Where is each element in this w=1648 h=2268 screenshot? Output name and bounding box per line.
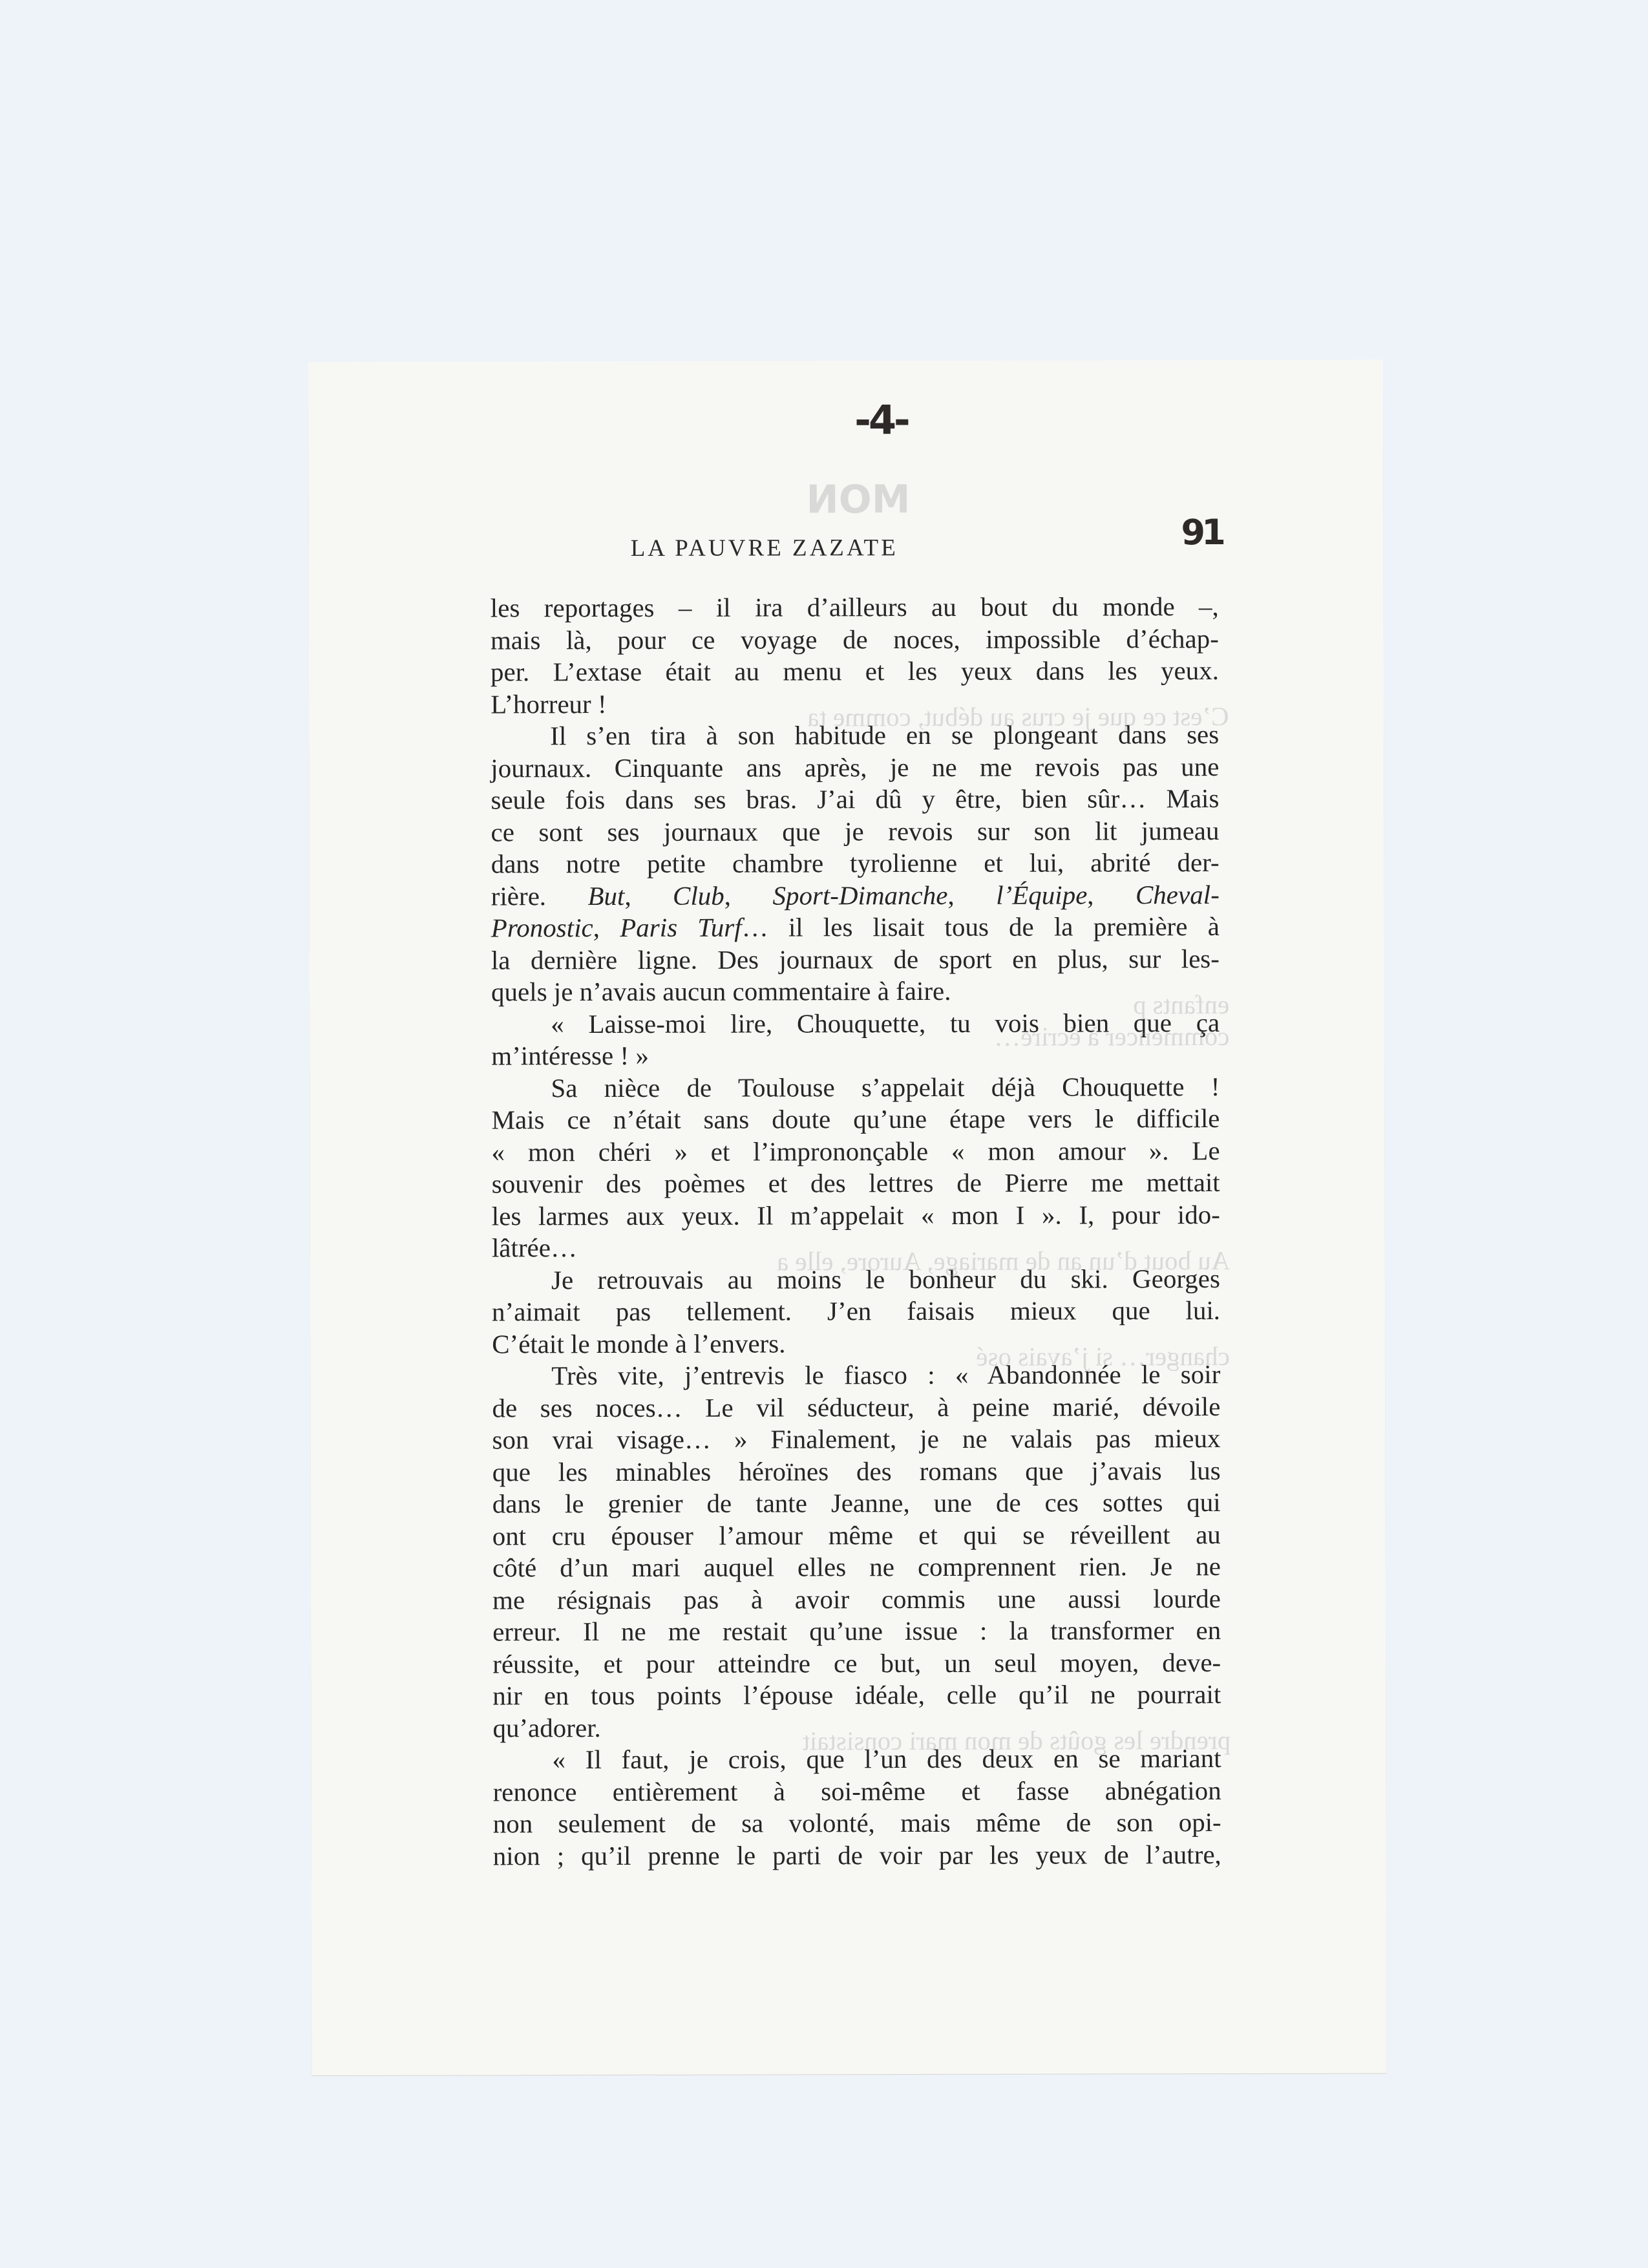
text-run: ,	[1087, 880, 1136, 909]
text-line: réussite, et pour atteindre ce but, un s…	[492, 1647, 1221, 1680]
text-line: côté d’un mari auquel elles ne comprenne…	[492, 1551, 1221, 1584]
italic-title: But	[587, 880, 624, 910]
bleed-through-mark: MON	[806, 477, 910, 522]
text-line: per. L’extase était au menu et les yeux …	[491, 655, 1219, 688]
text-line: non seulement de sa volonté, mais même d…	[493, 1807, 1221, 1840]
body-text: les reportages – il ira d’ailleurs au bo…	[491, 591, 1221, 1872]
text-line: nir en tous points l’épouse idéale, cell…	[492, 1679, 1221, 1712]
text-line: la dernière ligne. Des journaux de sport…	[491, 943, 1220, 977]
text-run: ,	[624, 880, 673, 910]
text-line: Pronostic, Paris Turf… il les lisait tou…	[491, 911, 1220, 944]
scanned-book-page: -4- MON LA PAUVRE ZAZATE 91 les reportag…	[308, 360, 1387, 2075]
text-line: journaux. Cinquante ans après, je ne me …	[491, 751, 1219, 785]
text-line: nion ; qu’il prenne le parti de voir par…	[493, 1839, 1221, 1872]
italic-title: Club	[673, 880, 724, 910]
text-line: ont cru épouser l’amour même et qui se r…	[492, 1519, 1221, 1553]
text-line: erreur. Il ne me restait qu’une issue : …	[492, 1615, 1221, 1648]
text-line: n’aimait pas tellement. J’en faisais mie…	[492, 1295, 1220, 1328]
text-line: dans le grenier de tante Jeanne, une de …	[492, 1487, 1221, 1520]
text-run: rière.	[491, 881, 588, 911]
italic-title: l’Équipe	[996, 880, 1087, 909]
bleed-through-text: enfants p	[1133, 989, 1229, 1020]
text-line: Mais ce n’était sans doute qu’une étape …	[491, 1103, 1220, 1136]
bleed-through-text: Au bout d’un an de mariage, Aurore, elle…	[777, 1245, 1230, 1277]
text-line: rière. But, Club, Sport-Dimanche, l’Équi…	[491, 879, 1220, 913]
bleed-through-text: C’est ce que je crus au début, comme ta	[807, 701, 1229, 732]
text-line: quels je n’avais aucun commentaire à fai…	[491, 975, 1220, 1008]
running-head: LA PAUVRE ZAZATE	[631, 534, 898, 562]
italic-title: Sport-Dimanche	[772, 880, 947, 910]
handwritten-folio-number: 91	[1181, 512, 1221, 553]
text-line: que les minables héroïnes des romans que…	[492, 1455, 1221, 1489]
text-run: ,	[724, 880, 773, 910]
bleed-through-text: commencer à écrire…	[994, 1021, 1229, 1052]
text-run: ,	[947, 880, 996, 909]
bleed-through-text: prendre les goûts de mon mari consistait	[803, 1724, 1231, 1756]
handwritten-page-number: -4-	[854, 396, 908, 443]
text-line: les reportages – il ira d’ailleurs au bo…	[491, 591, 1219, 624]
text-line: mais là, pour ce voyage de noces, imposs…	[491, 623, 1219, 657]
italic-title: Pronostic	[491, 913, 593, 942]
text-line: « mon chéri » et l’imprononçable « mon a…	[492, 1135, 1220, 1169]
text-line: souvenir des poèmes et des lettres de Pi…	[492, 1167, 1220, 1200]
text-line: Sa nièce de Toulouse s’appelait déjà Cho…	[491, 1071, 1220, 1105]
text-run: ,	[593, 913, 620, 942]
text-line: me résignais pas à avoir commis une auss…	[492, 1583, 1221, 1616]
text-line: renonce entièrement à soi-même et fasse …	[493, 1775, 1221, 1808]
italic-title: Cheval-	[1136, 880, 1220, 909]
text-line: de ses noces… Le vil séducteur, à peine …	[492, 1391, 1220, 1425]
text-line: les larmes aux yeux. Il m’appelait « mon…	[492, 1199, 1220, 1233]
text-line: dans notre petite chambre tyrolienne et …	[491, 847, 1220, 880]
bleed-through-text: changer… si j’avais osé	[976, 1341, 1230, 1372]
text-line: son vrai visage… » Finalement, je ne val…	[492, 1423, 1220, 1456]
text-line: seule fois dans ses bras. J’ai dû y être…	[491, 783, 1219, 816]
italic-title: Paris Turf	[620, 913, 742, 942]
text-line: ce sont ses journaux que je revois sur s…	[491, 815, 1219, 849]
text-run: … il les lisait tous de la première à	[742, 911, 1220, 942]
